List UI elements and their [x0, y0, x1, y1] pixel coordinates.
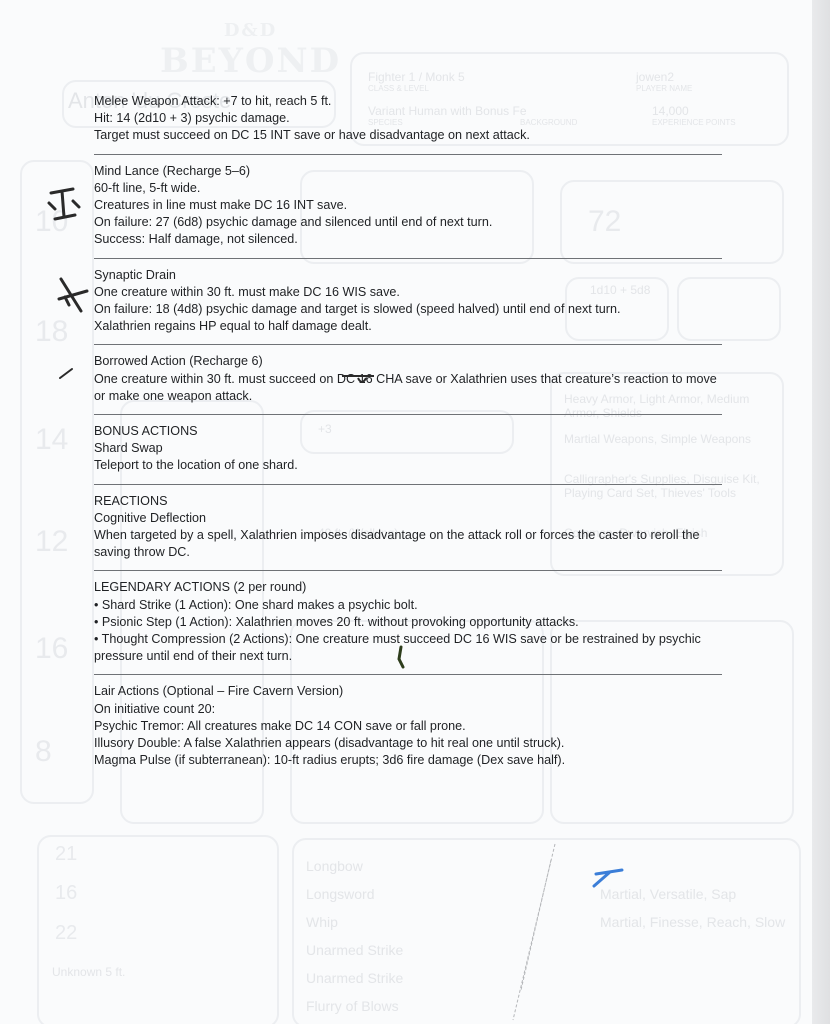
section-heading: LEGENDARY ACTIONS (2 per round) [94, 579, 724, 596]
mind-lance-section: Mind Lance (Recharge 5–6) 60-ft line, 5-… [94, 163, 724, 249]
ability-line: When targeted by a spell, Xalathrien imp… [94, 527, 724, 561]
ability-title: Cognitive Deflection [94, 510, 724, 527]
attack-notes: Martial, Finesse, Reach, Slow [600, 914, 785, 930]
ability-title: Mind Lance (Recharge 5–6) [94, 163, 724, 180]
ability-line: Teleport to the location of one shard. [94, 457, 724, 474]
section-divider [94, 484, 722, 485]
lair-action: Psychic Tremor: All creatures make DC 14… [94, 718, 724, 735]
save-line: Target must succeed on DC 15 INT save or… [94, 127, 724, 144]
class-level: Fighter 1 / Monk 5 [368, 70, 465, 84]
section-divider [94, 674, 722, 675]
borrowed-action-section: Borrowed Action (Recharge 6) One creatur… [94, 353, 724, 405]
dnd-beyond-logo: D&DBEYOND [160, 20, 341, 81]
lair-action-line: On initiative count 20: [94, 701, 724, 718]
hit-line: Hit: 14 (2d10 + 3) psychic damage. [94, 110, 724, 127]
section-divider [94, 258, 722, 259]
section-heading: BONUS ACTIONS [94, 423, 724, 440]
ability-line: Success: Half damage, not silenced. [94, 231, 724, 248]
attack-name: Flurry of Blows [306, 998, 399, 1014]
blue-pen-mark-icon [590, 868, 626, 890]
underline-mark-icon [340, 372, 380, 388]
ability-score: 18 [35, 315, 68, 349]
ability-line: 60-ft line, 5-ft wide. [94, 180, 724, 197]
page-edge [812, 0, 830, 1024]
section-heading: REACTIONS [94, 493, 724, 510]
tally-mark-icon [45, 185, 85, 225]
lair-actions-section: Lair Actions (Optional – Fire Cavern Ver… [94, 683, 724, 769]
reactions-section: REACTIONS Cognitive Deflection When targ… [94, 493, 724, 562]
lair-action: Magma Pulse (if subterranean): 10-ft rad… [94, 752, 724, 769]
ability-line: One creature within 30 ft. must make DC … [94, 284, 724, 301]
scanned-page: D&DBEYOND Anton 'du Creste Fighter 1 / M… [0, 0, 812, 1024]
ability-line: One creature within 30 ft. must succeed … [94, 371, 724, 405]
ability-line: Xalathrien regains HP equal to half dama… [94, 318, 724, 335]
attack-name: Whip [306, 914, 338, 930]
ability-score: 16 [35, 632, 68, 666]
ability-title: Shard Swap [94, 440, 724, 457]
green-speck-icon [395, 645, 407, 671]
attack-name: Longbow [306, 858, 363, 874]
player-name: jowen2 [636, 70, 674, 84]
legendary-action: • Thought Compression (2 Actions): One c… [94, 631, 724, 665]
x-mark-icon [55, 275, 95, 315]
section-divider [94, 414, 722, 415]
legendary-action: • Psionic Step (1 Action): Xalathrien mo… [94, 614, 724, 631]
ability-line: On failure: 27 (6d8) psychic damage and … [94, 214, 724, 231]
ability-score: 8 [35, 735, 52, 769]
legendary-actions-section: LEGENDARY ACTIONS (2 per round) • Shard … [94, 579, 724, 665]
section-divider [94, 570, 722, 571]
legendary-action: • Shard Strike (1 Action): One shard mak… [94, 597, 724, 614]
attack-name: Unarmed Strike [306, 942, 403, 958]
passive-value: 22 [55, 922, 77, 945]
attack-name: Longsword [306, 886, 375, 902]
passive-value: 21 [55, 843, 77, 866]
section-heading: Lair Actions (Optional – Fire Cavern Ver… [94, 683, 724, 700]
attack-line: Melee Weapon Attack: +7 to hit, reach 5 … [94, 93, 724, 110]
ability-line: Creatures in line must make DC 16 INT sa… [94, 197, 724, 214]
ability-scores-column [20, 160, 94, 804]
passive-value: 16 [55, 882, 77, 905]
section-divider [94, 344, 722, 345]
ability-line: On failure: 18 (4d8) psychic damage and … [94, 301, 724, 318]
melee-attack-section: Melee Weapon Attack: +7 to hit, reach 5 … [94, 93, 724, 145]
attack-name: Unarmed Strike [306, 970, 403, 986]
ability-score: 12 [35, 525, 68, 559]
ability-title: Borrowed Action (Recharge 6) [94, 353, 724, 370]
class-level-label: CLASS & LEVEL [368, 84, 429, 93]
pencil-scratch-icon [505, 840, 565, 1024]
synaptic-drain-section: Synaptic Drain One creature within 30 ft… [94, 267, 724, 336]
section-divider [94, 154, 722, 155]
dash-mark-icon [58, 365, 78, 381]
lair-action: Illusory Double: A false Xalathrien appe… [94, 735, 724, 752]
bonus-actions-section: BONUS ACTIONS Shard Swap Teleport to the… [94, 423, 724, 475]
ability-score: 14 [35, 423, 68, 457]
stat-block: Melee Weapon Attack: +7 to hit, reach 5 … [94, 93, 724, 770]
passive-note: Unknown 5 ft. [52, 965, 125, 979]
ability-title: Synaptic Drain [94, 267, 724, 284]
player-name-label: PLAYER NAME [636, 84, 692, 93]
